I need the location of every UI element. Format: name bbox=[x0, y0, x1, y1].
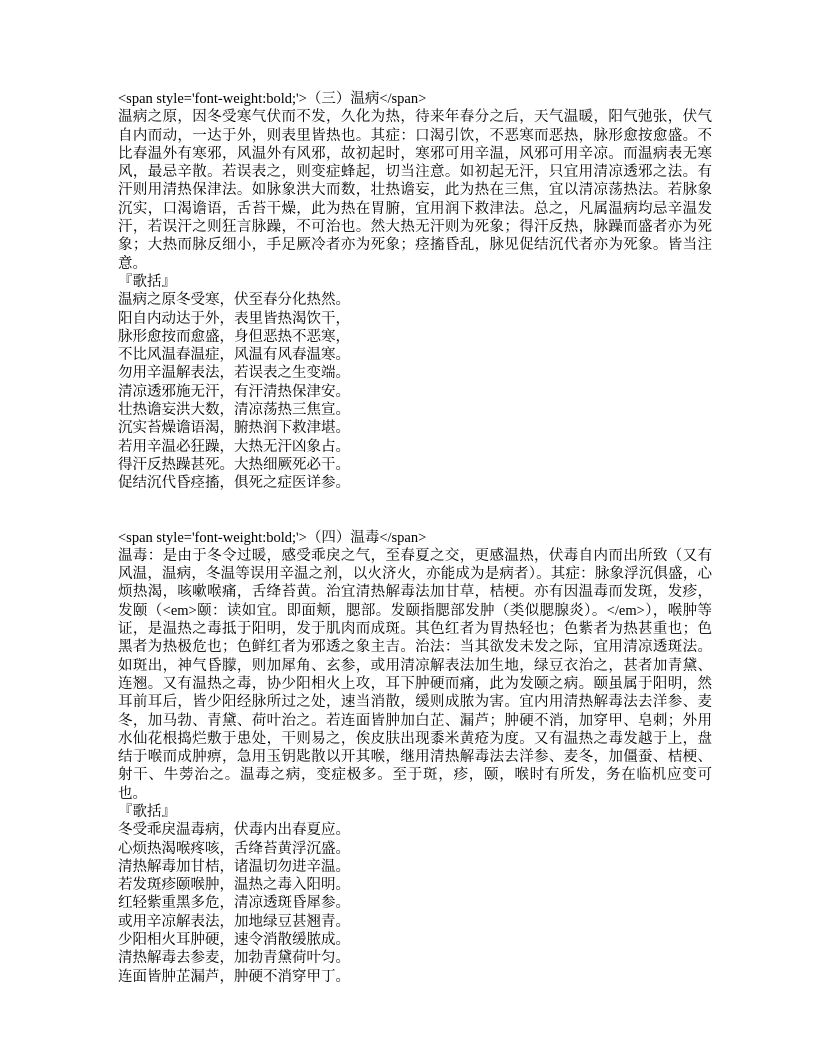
verse-line: 若用辛温必狂躁，大热无汗凶象占。 bbox=[118, 438, 712, 456]
document-page: <span style='font-weight:bold;'>（三）温病</s… bbox=[0, 0, 816, 1056]
verse-line: 心烦热渴喉疼咳，舌绛苔黄浮沉盛。 bbox=[118, 840, 712, 858]
verse-line: 勿用辛温解表法，若误表之生变端。 bbox=[118, 364, 712, 382]
verse-line: 温病之原冬受寒，伏至春分化热然。 bbox=[118, 291, 712, 309]
verse-line: 阳自内动达于外，表里皆热渴饮干， bbox=[118, 310, 712, 328]
section-heading-raw-html: <span style='font-weight:bold;'>（三）温病</s… bbox=[118, 90, 712, 108]
section-wendu: <span style='font-weight:bold;'>（四）温毒</s… bbox=[118, 529, 712, 986]
verse-line: 清凉透邪施无汗，有汗清热保津安。 bbox=[118, 383, 712, 401]
verse-line: 清热解毒去参麦，加勃青黛荷叶匀。 bbox=[118, 949, 712, 967]
verse-line: 少阳相火耳肿硬，速令消散缓脓成。 bbox=[118, 931, 712, 949]
verse-line: 红轻紫重黑多危，清凉透斑昏犀参。 bbox=[118, 894, 712, 912]
gekuo-label: 『歌括』 bbox=[118, 803, 712, 821]
verse-line: 或用辛凉解表法，加地绿豆甚翘青。 bbox=[118, 913, 712, 931]
verse-line: 得汗反热躁甚死。大热细厥死必干。 bbox=[118, 456, 712, 474]
section-body-paragraph: 温病之原，因冬受寒气伏而不发，久化为热，待来年春分之后，天气温暖，阳气弛张，伏气… bbox=[118, 108, 712, 273]
verse-line: 冬受乖戾温毒病，伏毒内出春夏应。 bbox=[118, 821, 712, 839]
verse-line: 促结沉代昏痉搐，俱死之症医详参。 bbox=[118, 474, 712, 492]
verse-line: 若发斑疹颐喉肿，温热之毒入阳明。 bbox=[118, 876, 712, 894]
verse-line: 清热解毒加甘桔，诸温切勿进辛温。 bbox=[118, 858, 712, 876]
verse-line: 沉实苔燥谵语渴，腑热润下救津堪。 bbox=[118, 419, 712, 437]
section-heading-raw-html: <span style='font-weight:bold;'>（四）温毒</s… bbox=[118, 529, 712, 547]
section-wenbing: <span style='font-weight:bold;'>（三）温病</s… bbox=[118, 90, 712, 493]
section-body-paragraph: 温毒：是由于冬令过暖，感受乖戾之气，至春夏之交，更感温热，伏毒自内而出所致（又有… bbox=[118, 547, 712, 803]
verse-line: 脉形愈按而愈盛，身但恶热不恶寒， bbox=[118, 328, 712, 346]
verse-line: 壮热谵妄洪大数，清凉荡热三焦宣。 bbox=[118, 401, 712, 419]
verse-line: 连面皆肿芷漏芦，肿硬不消穿甲丁。 bbox=[118, 968, 712, 986]
gekuo-label: 『歌括』 bbox=[118, 273, 712, 291]
verse-line: 不比风温春温症，风温有风春温寒。 bbox=[118, 346, 712, 364]
